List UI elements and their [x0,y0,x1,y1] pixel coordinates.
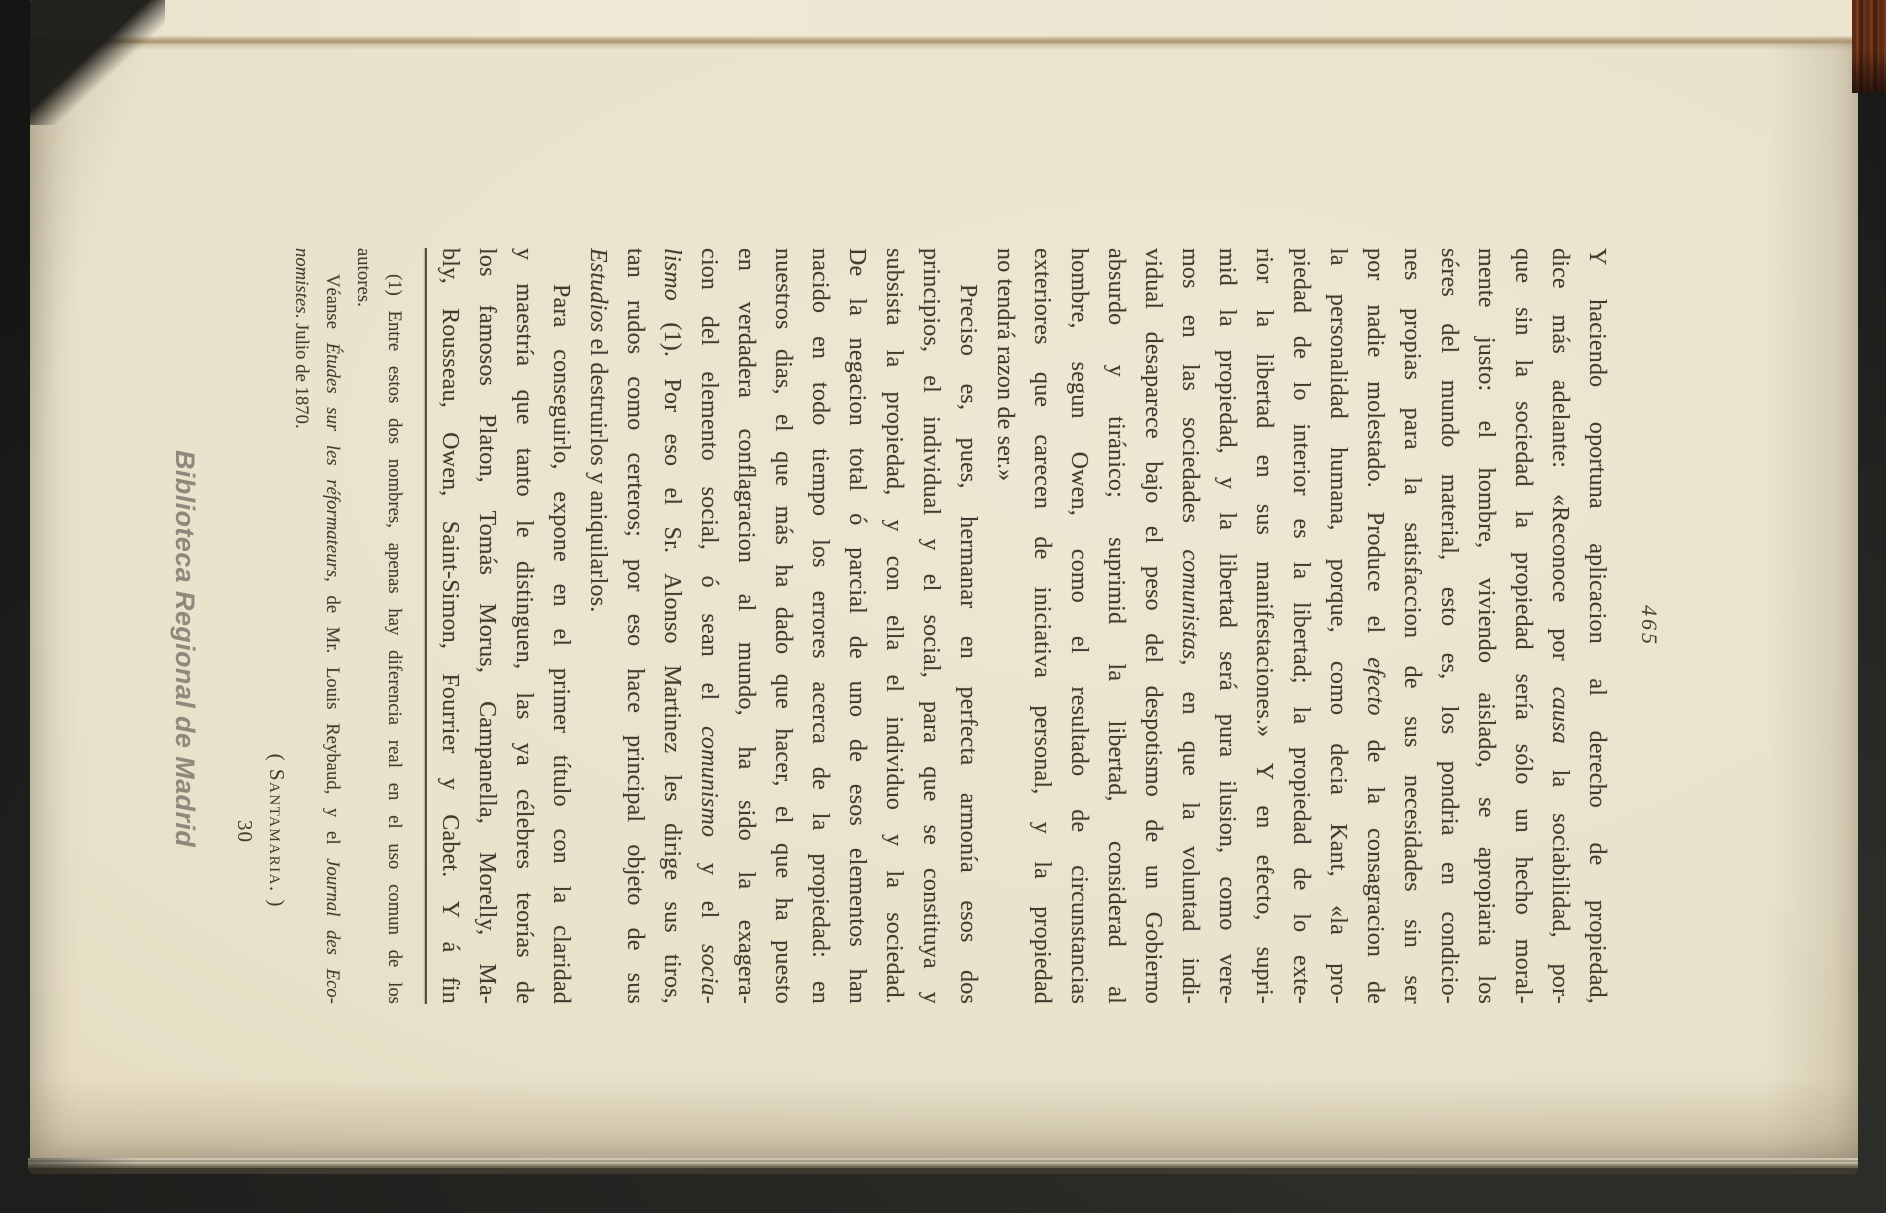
text-line: séres del mundo material, esto es, los p… [1430,248,1467,1004]
text-line: cion del elemento social, ó sean el comu… [690,248,727,1004]
text-line: nacido en todo tiempo los errores acerca… [801,248,838,1004]
text-line: rior la libertad en sus manifestaciones.… [1245,248,1282,1004]
text-line: mos en las sociedades comunistas, en que… [1171,248,1208,1004]
footnote-block: (1) Entre estos dos nombres, apenas hay … [285,0,409,1170]
author-signature: ( Santamaria. ) [264,248,289,908]
footnote-line: autores. [347,248,378,1004]
text-line: la personalidad humana, porque, como dec… [1319,248,1356,1004]
gathering-number: 30 [232,820,257,843]
footnote-line: Véanse Études sur les réformateurs, de M… [316,248,347,1004]
text-line: absurdo y tiránico; suprimid la libertad… [1097,248,1134,1004]
footnote-line: (1) Entre estos dos nombres, apenas hay … [378,248,409,1004]
text-line: nes propias para la satisfaccion de sus … [1393,248,1430,1004]
text-line: nuestros dias, el que más ha dado que ha… [764,248,801,1004]
text-line: que sin la sociedad la propiedad sería s… [1504,248,1541,1004]
photo-background: 465 Y haciendo oportuna aplicacion al de… [0,0,1886,1213]
text-line: mente justo: el hombre, viviendo aislado… [1467,248,1504,1004]
rotated-page-content: 465 Y haciendo oportuna aplicacion al de… [30,0,1856,1170]
text-line: exteriores que carecen de iniciativa per… [1023,248,1060,1004]
cover-edge [1852,0,1886,93]
text-line: hombre, segun Owen, como el resultado de… [1060,248,1097,1004]
library-watermark: Biblioteca Regional de Madrid [169,450,200,847]
text-line: vidual desaparece bajo el peso del despo… [1134,248,1171,1004]
text-line: en verdadera conflagracion al mundo, ha … [727,248,764,1004]
text-line: Estudios el destruirlos y aniquilarlos. [579,248,616,1004]
text-line: tan rudos como certeros; por eso hace pr… [616,248,653,1004]
cover-corner-shadow [30,0,165,125]
footnote-separator-rule [425,248,427,1004]
page-number: 465 [1636,248,1662,1004]
text-line: subsista la propiedad, y con ella el ind… [875,248,912,1004]
text-line: mid la propiedad, y la libertad será pur… [1208,248,1245,1004]
page-bottom-edge-stack [28,1158,1858,1174]
main-text-block: Y haciendo oportuna aplicacion al derech… [431,0,1615,1170]
book-page: 465 Y haciendo oportuna aplicacion al de… [30,0,1858,1170]
text-line: y maestría que tanto le distinguen, las … [505,248,542,1004]
text-line: piedad de lo interior es la libertad; la… [1282,248,1319,1004]
text-line: los famosos Platon, Tomás Morus, Campane… [468,248,505,1004]
text-line: lismo (1). Por eso el Sr. Alonso Martine… [653,248,690,1004]
text-line: Preciso es, pues, hermanar en perfecta a… [949,248,986,1004]
footnote-line: nomistes. Julio de 1870. [285,248,316,1004]
text-line: bly, Rousseau, Owen, Saint-Simon, Fourri… [431,248,468,1004]
text-line: De la negacion total ó parcial de uno de… [838,248,875,1004]
text-line: por nadie molestado. Produce el efecto d… [1356,248,1393,1004]
text-line: Y haciendo oportuna aplicacion al derech… [1578,248,1615,1004]
text-line: Para conseguirlo, expone en el primer tí… [542,248,579,1004]
text-line: principios, el individual y el social, p… [912,248,949,1004]
text-line: no tendrá razon de ser.» [986,248,1023,1004]
text-line: dice más adelante: «Reconoce por causa l… [1541,248,1578,1004]
